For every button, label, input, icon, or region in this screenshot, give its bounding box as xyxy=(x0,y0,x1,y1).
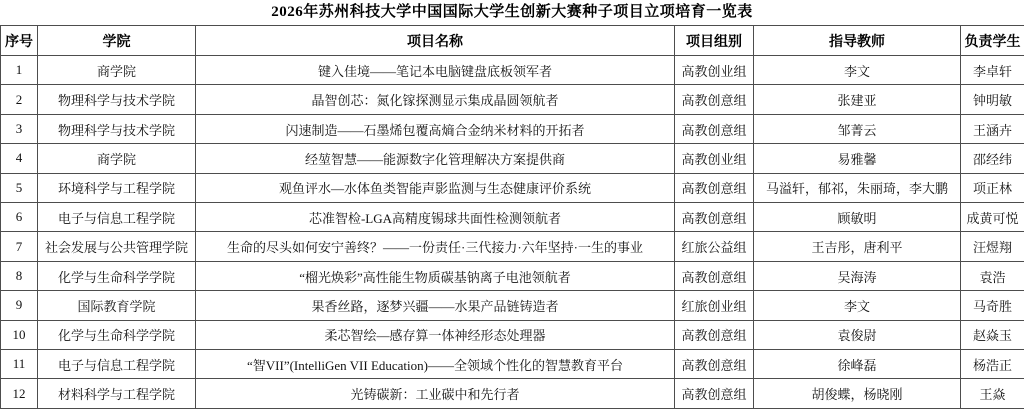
cell-no: 10 xyxy=(1,320,38,349)
cell-no: 9 xyxy=(1,291,38,320)
cell-no: 3 xyxy=(1,114,38,143)
cell-teacher: 邹菁云 xyxy=(754,114,961,143)
cell-group: 高教创意组 xyxy=(675,114,754,143)
column-header-student: 负责学生 xyxy=(961,26,1024,56)
cell-college: 化学与生命科学学院 xyxy=(38,261,196,290)
cell-student: 邵经纬 xyxy=(961,144,1024,173)
cell-college: 社会发展与公共管理学院 xyxy=(38,232,196,261)
cell-group: 红旅创业组 xyxy=(675,291,754,320)
cell-no: 1 xyxy=(1,56,38,85)
table-row: 5环境科学与工程学院观鱼评水—水体鱼类智能声影监测与生态健康评价系统高教创意组马… xyxy=(1,173,1024,202)
cell-no: 8 xyxy=(1,261,38,290)
cell-teacher: 李文 xyxy=(754,56,961,85)
table-row: 10化学与生命科学学院柔芯智绘—感存算一体神经形态处理器高教创意组袁俊尉赵焱玉 xyxy=(1,320,1024,349)
cell-student: 马奇胜 xyxy=(961,291,1024,320)
cell-project: 光铸碳新：工业碳中和先行者 xyxy=(196,379,675,409)
cell-group: 高教创意组 xyxy=(675,85,754,114)
cell-no: 11 xyxy=(1,350,38,379)
cell-group: 高教创意组 xyxy=(675,173,754,202)
cell-student: 项正林 xyxy=(961,173,1024,202)
cell-college: 国际教育学院 xyxy=(38,291,196,320)
cell-teacher: 易雅馨 xyxy=(754,144,961,173)
header-row: 序号 学院 项目名称 项目组别 指导教师 负责学生 xyxy=(1,26,1024,56)
table-row: 12材料科学与工程学院光铸碳新：工业碳中和先行者高教创意组胡俊蝶，杨晓刚王焱 xyxy=(1,379,1024,409)
table-row: 9国际教育学院果香丝路，逐梦兴疆——水果产品链铸造者红旅创业组李文马奇胜 xyxy=(1,291,1024,320)
cell-no: 7 xyxy=(1,232,38,261)
table-row: 7社会发展与公共管理学院生命的尽头如何安宁善终？——一份责任·三代接力·六年坚持… xyxy=(1,232,1024,261)
cell-college: 化学与生命科学学院 xyxy=(38,320,196,349)
cell-project: 生命的尽头如何安宁善终？——一份责任·三代接力·六年坚持·一生的事业 xyxy=(196,232,675,261)
column-header-no: 序号 xyxy=(1,26,38,56)
cell-project: 柔芯智绘—感存算一体神经形态处理器 xyxy=(196,320,675,349)
cell-teacher: 胡俊蝶，杨晓刚 xyxy=(754,379,961,409)
cell-group: 高教创意组 xyxy=(675,261,754,290)
cell-student: 袁浩 xyxy=(961,261,1024,290)
table-row: 11电子与信息工程学院“智VII”(IntelliGen VII Educati… xyxy=(1,350,1024,379)
cell-project: 经堃智慧——能源数字化管理解决方案提供商 xyxy=(196,144,675,173)
document-sheet: 2026年苏州科技大学中国国际大学生创新大赛种子项目立项培育一览表 序号 学院 … xyxy=(0,0,1024,409)
column-header-project: 项目名称 xyxy=(196,26,675,56)
cell-college: 材料科学与工程学院 xyxy=(38,379,196,409)
cell-project: 晶智创芯：氮化镓探测显示集成晶圆领航者 xyxy=(196,85,675,114)
table-body: 1商学院键入佳境——笔记本电脑键盘底板领军者高教创业组李文李卓轩2物理科学与技术… xyxy=(1,56,1024,409)
cell-college: 物理科学与技术学院 xyxy=(38,114,196,143)
cell-college: 商学院 xyxy=(38,56,196,85)
cell-project: 闪速制造——石墨烯包覆高熵合金纳米材料的开拓者 xyxy=(196,114,675,143)
cell-no: 4 xyxy=(1,144,38,173)
cell-student: 李卓轩 xyxy=(961,56,1024,85)
cell-project: 观鱼评水—水体鱼类智能声影监测与生态健康评价系统 xyxy=(196,173,675,202)
cell-group: 高教创业组 xyxy=(675,56,754,85)
cell-college: 物理科学与技术学院 xyxy=(38,85,196,114)
table-row: 1商学院键入佳境——笔记本电脑键盘底板领军者高教创业组李文李卓轩 xyxy=(1,56,1024,85)
cell-teacher: 吴海涛 xyxy=(754,261,961,290)
cell-project: 果香丝路，逐梦兴疆——水果产品链铸造者 xyxy=(196,291,675,320)
page-title: 2026年苏州科技大学中国国际大学生创新大赛种子项目立项培育一览表 xyxy=(0,0,1024,25)
cell-group: 高教创意组 xyxy=(675,350,754,379)
cell-student: 钟明敏 xyxy=(961,85,1024,114)
projects-table: 序号 学院 项目名称 项目组别 指导教师 负责学生 1商学院键入佳境——笔记本电… xyxy=(0,25,1024,409)
cell-group: 高教创意组 xyxy=(675,320,754,349)
cell-teacher: 袁俊尉 xyxy=(754,320,961,349)
cell-no: 5 xyxy=(1,173,38,202)
cell-teacher: 张建亚 xyxy=(754,85,961,114)
cell-student: 汪煜翔 xyxy=(961,232,1024,261)
table-row: 4商学院经堃智慧——能源数字化管理解决方案提供商高教创业组易雅馨邵经纬 xyxy=(1,144,1024,173)
cell-no: 2 xyxy=(1,85,38,114)
table-row: 2物理科学与技术学院晶智创芯：氮化镓探测显示集成晶圆领航者高教创意组张建亚钟明敏 xyxy=(1,85,1024,114)
table-header: 序号 学院 项目名称 项目组别 指导教师 负责学生 xyxy=(1,26,1024,56)
cell-student: 王涵卉 xyxy=(961,114,1024,143)
cell-project: “榴光焕彩”高性能生物质碳基钠离子电池领航者 xyxy=(196,261,675,290)
cell-college: 商学院 xyxy=(38,144,196,173)
cell-project: 键入佳境——笔记本电脑键盘底板领军者 xyxy=(196,56,675,85)
cell-college: 电子与信息工程学院 xyxy=(38,350,196,379)
cell-group: 高教创业组 xyxy=(675,144,754,173)
cell-teacher: 王吉彤，唐利平 xyxy=(754,232,961,261)
table-row: 6电子与信息工程学院芯准智检-LGA高精度锡球共面性检测领航者高教创意组顾敏明成… xyxy=(1,203,1024,232)
cell-college: 电子与信息工程学院 xyxy=(38,203,196,232)
table-row: 3物理科学与技术学院闪速制造——石墨烯包覆高熵合金纳米材料的开拓者高教创意组邹菁… xyxy=(1,114,1024,143)
column-header-group: 项目组别 xyxy=(675,26,754,56)
column-header-college: 学院 xyxy=(38,26,196,56)
cell-no: 6 xyxy=(1,203,38,232)
cell-group: 高教创意组 xyxy=(675,379,754,409)
cell-student: 王焱 xyxy=(961,379,1024,409)
cell-teacher: 马溢轩，郁祁，朱丽琦，李大鹏 xyxy=(754,173,961,202)
cell-group: 高教创意组 xyxy=(675,203,754,232)
cell-student: 赵焱玉 xyxy=(961,320,1024,349)
table-row: 8化学与生命科学学院“榴光焕彩”高性能生物质碳基钠离子电池领航者高教创意组吴海涛… xyxy=(1,261,1024,290)
cell-teacher: 李文 xyxy=(754,291,961,320)
cell-project: “智VII”(IntelliGen VII Education)——全领域个性化… xyxy=(196,350,675,379)
cell-teacher: 顾敏明 xyxy=(754,203,961,232)
cell-group: 红旅公益组 xyxy=(675,232,754,261)
cell-student: 杨浩正 xyxy=(961,350,1024,379)
cell-project: 芯准智检-LGA高精度锡球共面性检测领航者 xyxy=(196,203,675,232)
cell-teacher: 徐峰磊 xyxy=(754,350,961,379)
cell-no: 12 xyxy=(1,379,38,409)
cell-student: 成黄可悦 xyxy=(961,203,1024,232)
column-header-teacher: 指导教师 xyxy=(754,26,961,56)
cell-college: 环境科学与工程学院 xyxy=(38,173,196,202)
